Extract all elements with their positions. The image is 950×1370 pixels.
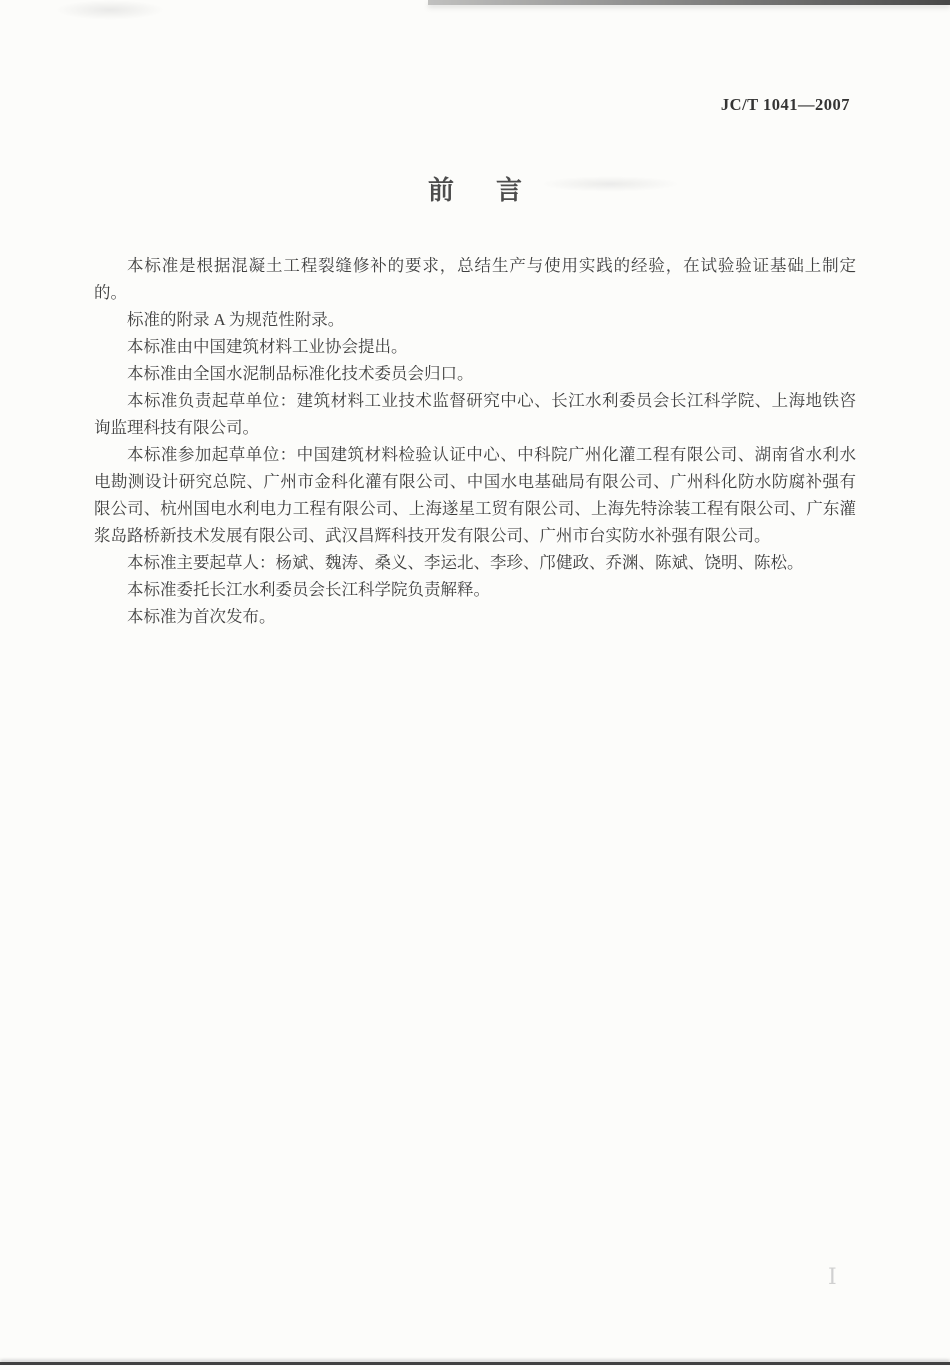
text-line: 的。 <box>94 279 856 306</box>
text-line: 本标准为首次发布。 <box>94 603 856 630</box>
text-line: 本标准是根据混凝土工程裂缝修补的要求，总结生产与使用实践的经验，在试验验证基础上… <box>94 252 856 279</box>
document-page: JC/T 1041—2007 前 言 本标准是根据混凝土工程裂缝修补的要求，总结… <box>0 0 950 1370</box>
standard-code-header: JC/T 1041—2007 <box>721 95 850 115</box>
scan-smudge <box>55 0 165 20</box>
scan-artifact-bottom-edge <box>0 1362 950 1365</box>
foreword-body: 本标准是根据混凝土工程裂缝修补的要求，总结生产与使用实践的经验，在试验验证基础上… <box>94 252 856 630</box>
scan-artifact-top-edge <box>428 0 950 5</box>
text-line: 本标准负责起草单位：建筑材料工业技术监督研究中心、长江水利委员会长江科学院、上海… <box>94 387 856 414</box>
text-line: 本标准由中国建筑材料工业协会提出。 <box>94 333 856 360</box>
text-line: 限公司、杭州国电水利电力工程有限公司、上海遂星工贸有限公司、上海先特涂装工程有限… <box>94 495 856 522</box>
text-line: 本标准参加起草单位：中国建筑材料检验认证中心、中科院广州化灌工程有限公司、湖南省… <box>94 441 856 468</box>
page-number: Ⅰ <box>828 1264 837 1290</box>
page-title-foreword: 前 言 <box>0 170 950 207</box>
text-line: 标准的附录 A 为规范性附录。 <box>94 306 856 333</box>
text-line: 询监理科技有限公司。 <box>94 414 856 441</box>
text-line: 浆岛路桥新技术发展有限公司、武汉昌辉科技开发有限公司、广州市台实防水补强有限公司… <box>94 522 856 549</box>
text-line: 本标准由全国水泥制品标准化技术委员会归口。 <box>94 360 856 387</box>
text-line: 本标准委托长江水利委员会长江科学院负责解释。 <box>94 576 856 603</box>
text-line: 本标准主要起草人：杨斌、魏涛、桑义、李运北、李珍、邝健政、乔渊、陈斌、饶明、陈松… <box>94 549 856 576</box>
text-line: 电勘测设计研究总院、广州市金科化灌有限公司、中国水电基础局有限公司、广州科化防水… <box>94 468 856 495</box>
